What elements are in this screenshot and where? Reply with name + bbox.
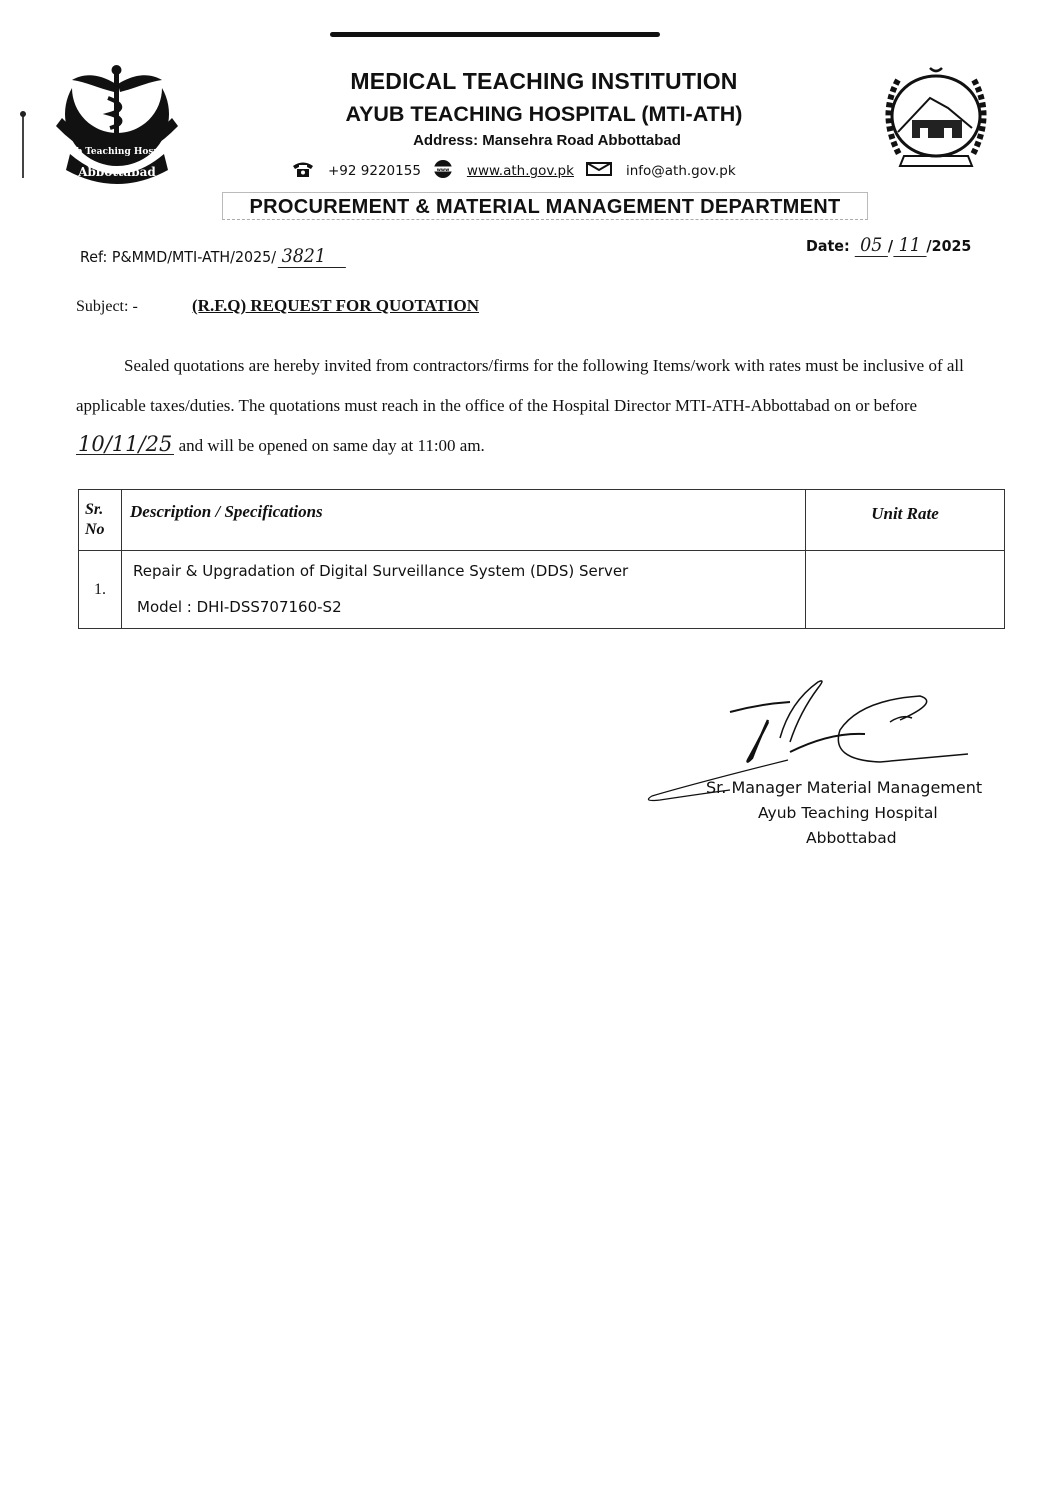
row-unit-rate[interactable] xyxy=(806,551,1005,629)
www-globe-icon: www xyxy=(433,159,453,183)
website-link[interactable]: www.ath.gov.pk xyxy=(467,163,574,179)
date-label: Date: xyxy=(806,237,850,255)
header-description: Description / Specifications xyxy=(122,490,806,551)
department-heading: PROCUREMENT & MATERIAL MANAGEMENT DEPART… xyxy=(222,192,868,220)
row-sr-no: 1. xyxy=(79,551,122,629)
date-day: 05 xyxy=(855,234,888,257)
email-address[interactable]: info@ath.gov.pk xyxy=(626,163,736,179)
envelope-icon xyxy=(586,162,612,180)
header-sr-no: Sr. No xyxy=(79,490,122,551)
items-table: Sr. No Description / Specifications Unit… xyxy=(78,489,1005,629)
document-date: Date: 05/11/2025 xyxy=(806,234,971,257)
table-row: 1. Repair & Upgradation of Digital Surve… xyxy=(79,551,1005,629)
reference-number: Ref: P&MMD/MTI-ATH/2025/3821 xyxy=(80,245,346,268)
deadline-date: 10/11/25 xyxy=(76,434,174,455)
contact-line: +92 9220155 www www.ath.gov.pk info@ath.… xyxy=(292,158,748,184)
subject-title: (R.F.Q) REQUEST FOR QUOTATION xyxy=(192,296,479,316)
crest-banner-text: Abbottabad xyxy=(77,165,156,179)
signatory-title: Sr. Manager Material Management xyxy=(706,778,982,797)
svg-text:www: www xyxy=(437,168,449,173)
invitation-paragraph: Sealed quotations are hereby invited fro… xyxy=(76,346,1006,466)
address: Address: Mansehra Road Abbottabad xyxy=(0,132,1058,149)
header-unit-rate: Unit Rate xyxy=(806,490,1005,551)
table-header-row: Sr. No Description / Specifications Unit… xyxy=(79,490,1005,551)
signatory-organization: Ayub Teaching Hospital xyxy=(758,804,938,822)
row-description: Repair & Upgradation of Digital Surveill… xyxy=(122,551,806,629)
paragraph-text: Sealed quotations are hereby invited fro… xyxy=(76,356,964,415)
paragraph-text-end: and will be opened on same day at 11:00 … xyxy=(179,436,485,455)
reference-handwritten-number: 3821 xyxy=(278,245,346,268)
item-model: Model : DHI-DSS707160-S2 xyxy=(123,588,804,627)
institution-title: MEDICAL TEACHING INSTITUTION xyxy=(0,68,1058,95)
phone-number: +92 9220155 xyxy=(328,163,421,179)
reference-prefix: Ref: P&MMD/MTI-ATH/2025/ xyxy=(80,248,276,266)
item-description: Repair & Upgradation of Digital Surveill… xyxy=(123,552,804,588)
top-rule xyxy=(330,32,660,37)
date-month: 11 xyxy=(893,234,926,257)
subject-label: Subject: - xyxy=(76,298,138,316)
date-year: 2025 xyxy=(932,237,972,255)
signatory-city: Abbottabad xyxy=(806,829,897,847)
telephone-icon xyxy=(292,161,314,181)
hospital-title: AYUB TEACHING HOSPITAL (MTI-ATH) xyxy=(0,102,1058,127)
